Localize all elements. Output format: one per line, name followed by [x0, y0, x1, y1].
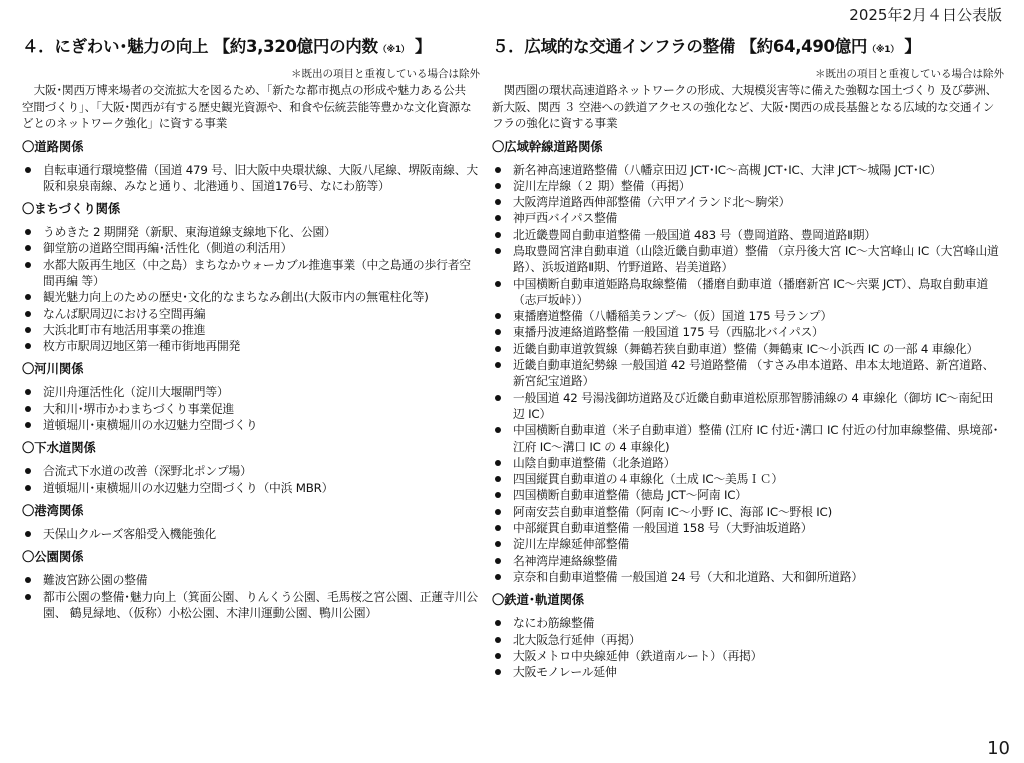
list-item: 一般国道 42 号湯浅御坊道路及び近畿自動車道松原那智勝浦線の 4 車線化（御坊…: [492, 390, 1004, 423]
category-title: 〇下水道関係: [22, 440, 480, 457]
list-item: 淀川左岸線（２ 期）整備（再掲）: [492, 178, 1004, 194]
bullet-icon: [495, 492, 501, 498]
list-item-text: 淀川舟運活性化（淀川大堰閘門等）: [43, 385, 229, 399]
bullet-icon: [495, 313, 501, 319]
bullet-icon: [495, 346, 501, 352]
list-item-text: 中国横断自動車道（米子自動車道）整備 (江府 IC 付近･溝口 IC 付近の付加…: [513, 423, 998, 453]
intro-paragraph: 大阪･関西万博来場者の交流拡大を図るため、「新たな都市拠点の形成や魅力ある公共 …: [22, 82, 480, 132]
list-item: 大阪モノレール延伸: [492, 664, 1004, 680]
bullet-icon: [25, 485, 31, 491]
list-item: うめきた 2 期開発（新駅、東海道線支線地下化、公園）: [22, 224, 480, 240]
list-item-text: 北近畿豊岡自動車道整備 一般国道 483 号（豊岡道路、豊岡道路Ⅱ期）: [513, 228, 876, 242]
list-item: 京奈和自動車道整備 一般国道 24 号（大和北道路、大和御所道路）: [492, 569, 1004, 585]
bullet-icon: [25, 389, 31, 395]
list-item: 淀川左岸線延伸部整備: [492, 536, 1004, 552]
bullet-icon: [495, 509, 501, 515]
bullet-icon: [495, 362, 501, 368]
list-item: 北大阪急行延伸（再掲）: [492, 632, 1004, 648]
list-item-text: 東播丹波連絡道路整備 一般国道 175 号（西脇北バイパス）: [513, 325, 824, 339]
list-item-text: 一般国道 42 号湯浅御坊道路及び近畿自動車道松原那智勝浦線の 4 車線化（御坊…: [513, 391, 993, 421]
bullet-icon: [495, 199, 501, 205]
project-list: 自転車通行環境整備（国道 479 号、旧大阪中央環状線、大阪八尾線、堺阪南線、大…: [22, 162, 480, 195]
footnote-marker: （※1）: [378, 45, 410, 55]
bullet-icon: [25, 343, 31, 349]
list-item-text: 北大阪急行延伸（再掲）: [513, 633, 641, 647]
bullet-icon: [25, 294, 31, 300]
list-item: 大浜北町市有地活用事業の推進: [22, 322, 480, 338]
list-item: 観光魅力向上のための歴史･文化的なまちなみ創出(大阪市内の無電柱化等): [22, 289, 480, 305]
project-list: 淀川舟運活性化（淀川大堰閘門等）大和川･堺市かわまちづくり事業促進道頓堀川･東横…: [22, 384, 480, 433]
footnote-marker: （※1）: [867, 45, 899, 55]
bullet-icon: [25, 311, 31, 317]
section-list: 〇広域幹線道路関係新名神高速道路整備（八幡京田辺 JCT･IC～高槻 JCT･I…: [492, 139, 1004, 681]
bullet-icon: [495, 653, 501, 659]
list-item-text: 自転車通行環境整備（国道 479 号、旧大阪中央環状線、大阪八尾線、堺阪南線、大…: [43, 163, 478, 193]
list-item-text: 四国縦貫自動車道の４車線化（土成 IC～美馬ＩＣ）: [513, 472, 783, 486]
list-item: 道頓堀川･東横堀川の水辺魅力空間づくり（中浜 MBR）: [22, 480, 480, 496]
list-item: 枚方市駅周辺地区第一種市街地再開発: [22, 338, 480, 354]
heading-bracket: 】: [899, 37, 921, 56]
list-item: 四国縦貫自動車道の４車線化（土成 IC～美馬ＩＣ）: [492, 471, 1004, 487]
bullet-icon: [495, 460, 501, 466]
bullet-icon: [495, 574, 501, 580]
list-item: 東播磨道整備（八幡稲美ランプ～（仮）国道 175 号ランプ）: [492, 308, 1004, 324]
list-item-text: 大浜北町市有地活用事業の推進: [43, 323, 205, 337]
category-title: 〇広域幹線道路関係: [492, 139, 1004, 156]
intro-paragraph: 関西圏の環状高速道路ネットワークの形成、大規模災害等に備えた強靱な国土づくり 及…: [492, 82, 1004, 132]
list-item: 難波宮跡公園の整備: [22, 572, 480, 588]
list-item: 淀川舟運活性化（淀川大堰閘門等）: [22, 384, 480, 400]
list-item-text: 合流式下水道の改善（深野北ポンプ場）: [43, 464, 252, 478]
category-title: 〇まちづくり関係: [22, 201, 480, 218]
list-item-text: 道頓堀川･東横堀川の水辺魅力空間づくり: [43, 418, 257, 432]
project-list: 新名神高速道路整備（八幡京田辺 JCT･IC～高槻 JCT･IC、大津 JCT～…: [492, 162, 1004, 586]
list-item-text: 大和川･堺市かわまちづくり事業促進: [43, 402, 234, 416]
list-item-text: 近畿自動車道敦賀線（舞鶴若狭自動車道）整備（舞鶴東 IC～小浜西 IC の一部 …: [513, 342, 978, 356]
bullet-icon: [25, 245, 31, 251]
list-item-text: 水都大阪再生地区（中之島）まちなかウォーカブル推進事業（中之島通の歩行者空間再編…: [43, 258, 471, 288]
list-item-text: 鳥取豊岡宮津自動車道（山陰近畿自動車道）整備 （京丹後大宮 IC～大宮峰山 IC…: [513, 244, 999, 274]
list-item: 阿南安芸自動車道整備（阿南 IC～小野 IC、海部 IC～野根 IC): [492, 504, 1004, 520]
category-title: 〇港湾関係: [22, 503, 480, 520]
list-item-text: 京奈和自動車道整備 一般国道 24 号（大和北道路、大和御所道路）: [513, 570, 863, 584]
list-item-text: 大阪メトロ中央線延伸（鉄道南ルート）（再掲）: [513, 649, 762, 663]
bullet-icon: [495, 167, 501, 173]
list-item: 中部縦貫自動車道整備 一般国道 158 号（大野油坂道路）: [492, 520, 1004, 536]
bullet-icon: [25, 229, 31, 235]
list-item: 近畿自動車道敦賀線（舞鶴若狭自動車道）整備（舞鶴東 IC～小浜西 IC の一部 …: [492, 341, 1004, 357]
project-list: 合流式下水道の改善（深野北ポンプ場）道頓堀川･東横堀川の水辺魅力空間づくり（中浜…: [22, 463, 480, 496]
bullet-icon: [495, 281, 501, 287]
bullet-icon: [25, 531, 31, 537]
project-list: 難波宮跡公園の整備都市公園の整備･魅力向上（箕面公園、りんくう公園、毛馬桜之宮公…: [22, 572, 480, 621]
list-item-text: 東播磨道整備（八幡稲美ランプ～（仮）国道 175 号ランプ）: [513, 309, 832, 323]
list-item: 大和川･堺市かわまちづくり事業促進: [22, 401, 480, 417]
list-item: 中国横断自動車道（米子自動車道）整備 (江府 IC 付近･溝口 IC 付近の付加…: [492, 422, 1004, 455]
list-item-text: なんば駅周辺における空間再編: [43, 307, 205, 321]
list-item-text: 中部縦貫自動車道整備 一般国道 158 号（大野油坂道路）: [513, 521, 812, 535]
list-item-text: 大阪湾岸道路西伸部整備（六甲アイランド北～駒栄）: [513, 195, 790, 209]
category-title: 〇鉄道･軌道関係: [492, 592, 1004, 609]
heading-text: ５．広域的な交通インフラの整備 【約64,490億円: [492, 37, 867, 56]
list-item: 鳥取豊岡宮津自動車道（山陰近畿自動車道）整備 （京丹後大宮 IC～大宮峰山 IC…: [492, 243, 1004, 276]
list-item-text: 新名神高速道路整備（八幡京田辺 JCT･IC～高槻 JCT･IC、大津 JCT～…: [513, 163, 941, 177]
disclaimer: ＊既出の項目と重複している場合は除外: [492, 67, 1004, 81]
list-item-text: 山陰自動車道整備（北条道路）: [513, 456, 675, 470]
bullet-icon: [495, 215, 501, 221]
list-item: 大阪メトロ中央線延伸（鉄道南ルート）（再掲）: [492, 648, 1004, 664]
list-item: 神戸西バイパス整備: [492, 210, 1004, 226]
bullet-icon: [25, 468, 31, 474]
list-item: 山陰自動車道整備（北条道路）: [492, 455, 1004, 471]
list-item-text: なにわ筋線整備: [513, 616, 594, 630]
page-number: 10: [987, 738, 1010, 759]
list-item: 北近畿豊岡自動車道整備 一般国道 483 号（豊岡道路、豊岡道路Ⅱ期）: [492, 227, 1004, 243]
disclaimer: ＊既出の項目と重複している場合は除外: [22, 67, 480, 81]
list-item-text: 道頓堀川･東横堀川の水辺魅力空間づくり（中浜 MBR）: [43, 481, 333, 495]
project-list: うめきた 2 期開発（新駅、東海道線支線地下化、公園）御堂筋の道路空間再編･活性…: [22, 224, 480, 354]
publication-date: 2025年2月４日公表版: [849, 4, 1002, 25]
list-item: 自転車通行環境整備（国道 479 号、旧大阪中央環状線、大阪八尾線、堺阪南線、大…: [22, 162, 480, 195]
heading-bracket: 】: [410, 37, 432, 56]
list-item-text: 淀川左岸線（２ 期）整備（再掲）: [513, 179, 691, 193]
section-5-column: ５．広域的な交通インフラの整備 【約64,490億円（※1） 】 ＊既出の項目と…: [492, 36, 1004, 680]
list-item-text: 阿南安芸自動車道整備（阿南 IC～小野 IC、海部 IC～野根 IC): [513, 505, 832, 519]
section-4-heading: ４．にぎわい･魅力の向上 【約3,320億円の内数（※1） 】: [22, 36, 480, 61]
bullet-icon: [495, 183, 501, 189]
list-item-text: 名神湾岸連絡線整備: [513, 554, 617, 568]
bullet-icon: [25, 577, 31, 583]
bullet-icon: [495, 541, 501, 547]
list-item-text: 天保山クルーズ客船受入機能強化: [43, 527, 216, 541]
bullet-icon: [25, 167, 31, 173]
list-item: 水都大阪再生地区（中之島）まちなかウォーカブル推進事業（中之島通の歩行者空間再編…: [22, 257, 480, 290]
section-4-column: ４．にぎわい･魅力の向上 【約3,320億円の内数（※1） 】 ＊既出の項目と重…: [22, 36, 480, 621]
list-item: なにわ筋線整備: [492, 615, 1004, 631]
list-item-text: 枚方市駅周辺地区第一種市街地再開発: [43, 339, 240, 353]
bullet-icon: [495, 669, 501, 675]
bullet-icon: [495, 329, 501, 335]
list-item: 大阪湾岸道路西伸部整備（六甲アイランド北～駒栄）: [492, 194, 1004, 210]
list-item: 天保山クルーズ客船受入機能強化: [22, 526, 480, 542]
bullet-icon: [25, 327, 31, 333]
bullet-icon: [25, 262, 31, 268]
bullet-icon: [25, 422, 31, 428]
heading-text: ４．にぎわい･魅力の向上 【約3,320億円の内数: [22, 37, 378, 56]
list-item-text: 四国横断自動車道整備（徳島 JCT～阿南 IC）: [513, 488, 747, 502]
bullet-icon: [25, 406, 31, 412]
list-item-text: 中国横断自動車道姫路鳥取線整備 （播磨自動車道（播磨新宮 IC～宍粟 JCT）、…: [513, 277, 988, 307]
list-item: 中国横断自動車道姫路鳥取線整備 （播磨自動車道（播磨新宮 IC～宍粟 JCT）、…: [492, 276, 1004, 309]
list-item-text: うめきた 2 期開発（新駅、東海道線支線地下化、公園）: [43, 225, 336, 239]
list-item: 道頓堀川･東横堀川の水辺魅力空間づくり: [22, 417, 480, 433]
bullet-icon: [495, 232, 501, 238]
bullet-icon: [495, 427, 501, 433]
list-item-text: 淀川左岸線延伸部整備: [513, 537, 629, 551]
list-item: 合流式下水道の改善（深野北ポンプ場）: [22, 463, 480, 479]
list-item: 近畿自動車道紀勢線 一般国道 42 号道路整備 （すさみ串本道路、串本太地道路、…: [492, 357, 1004, 390]
project-list: 天保山クルーズ客船受入機能強化: [22, 526, 480, 542]
bullet-icon: [495, 248, 501, 254]
list-item-text: 近畿自動車道紀勢線 一般国道 42 号道路整備 （すさみ串本道路、串本太地道路、…: [513, 358, 994, 388]
list-item: 都市公園の整備･魅力向上（箕面公園、りんくう公園、毛馬桜之宮公園、正蓮寺川公園、…: [22, 589, 480, 622]
list-item-text: 都市公園の整備･魅力向上（箕面公園、りんくう公園、毛馬桜之宮公園、正蓮寺川公園、…: [43, 590, 478, 620]
category-title: 〇道路関係: [22, 139, 480, 156]
list-item: 御堂筋の道路空間再編･活性化（側道の利活用）: [22, 240, 480, 256]
project-list: なにわ筋線整備北大阪急行延伸（再掲）大阪メトロ中央線延伸（鉄道南ルート）（再掲）…: [492, 615, 1004, 680]
bullet-icon: [495, 637, 501, 643]
bullet-icon: [495, 620, 501, 626]
bullet-icon: [495, 525, 501, 531]
list-item-text: 神戸西バイパス整備: [513, 211, 617, 225]
bullet-icon: [495, 476, 501, 482]
section-list: 〇道路関係自転車通行環境整備（国道 479 号、旧大阪中央環状線、大阪八尾線、堺…: [22, 139, 480, 622]
list-item-text: 観光魅力向上のための歴史･文化的なまちなみ創出(大阪市内の無電柱化等): [43, 290, 429, 304]
list-item-text: 御堂筋の道路空間再編･活性化（側道の利活用）: [43, 241, 292, 255]
section-5-heading: ５．広域的な交通インフラの整備 【約64,490億円（※1） 】: [492, 36, 1004, 61]
bullet-icon: [495, 395, 501, 401]
category-title: 〇公園関係: [22, 549, 480, 566]
list-item: 名神湾岸連絡線整備: [492, 553, 1004, 569]
list-item: 東播丹波連絡道路整備 一般国道 175 号（西脇北バイパス）: [492, 324, 1004, 340]
list-item: 四国横断自動車道整備（徳島 JCT～阿南 IC）: [492, 487, 1004, 503]
bullet-icon: [25, 594, 31, 600]
category-title: 〇河川関係: [22, 361, 480, 378]
list-item: なんば駅周辺における空間再編: [22, 306, 480, 322]
list-item-text: 大阪モノレール延伸: [513, 665, 617, 679]
list-item: 新名神高速道路整備（八幡京田辺 JCT･IC～高槻 JCT･IC、大津 JCT～…: [492, 162, 1004, 178]
bullet-icon: [495, 558, 501, 564]
list-item-text: 難波宮跡公園の整備: [43, 573, 147, 587]
